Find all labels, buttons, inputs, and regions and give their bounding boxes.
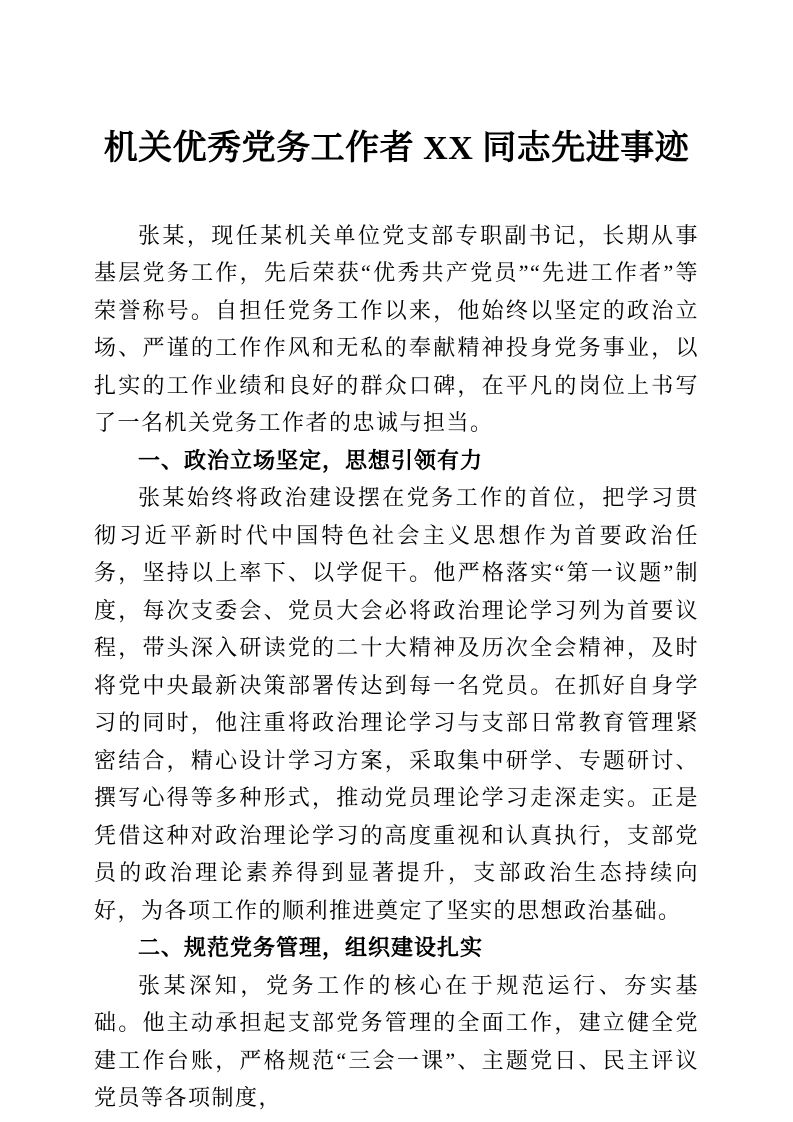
section-heading-2: 二、规范党务管理，组织建设扎实 — [94, 929, 699, 967]
section-heading-1: 一、政治立场坚定，思想引领有力 — [94, 442, 699, 480]
section-2-paragraph: 张某深知，党务工作的核心在于规范运行、夯实基础。他主动承担起支部党务管理的全面工… — [94, 967, 699, 1117]
document-title: 机关优秀党务工作者 XX 同志先进事迹 — [94, 127, 699, 171]
document-body: 张某，现任某机关单位党支部专职副书记，长期从事基层党务工作，先后荣获“优秀共产党… — [94, 217, 699, 1117]
document-page: 机关优秀党务工作者 XX 同志先进事迹 张某，现任某机关单位党支部专职副书记，长… — [0, 0, 793, 1122]
section-1-paragraph: 张某始终将政治建设摆在党务工作的首位，把学习贯彻习近平新时代中国特色社会主义思想… — [94, 479, 699, 929]
intro-paragraph: 张某，现任某机关单位党支部专职副书记，长期从事基层党务工作，先后荣获“优秀共产党… — [94, 217, 699, 442]
